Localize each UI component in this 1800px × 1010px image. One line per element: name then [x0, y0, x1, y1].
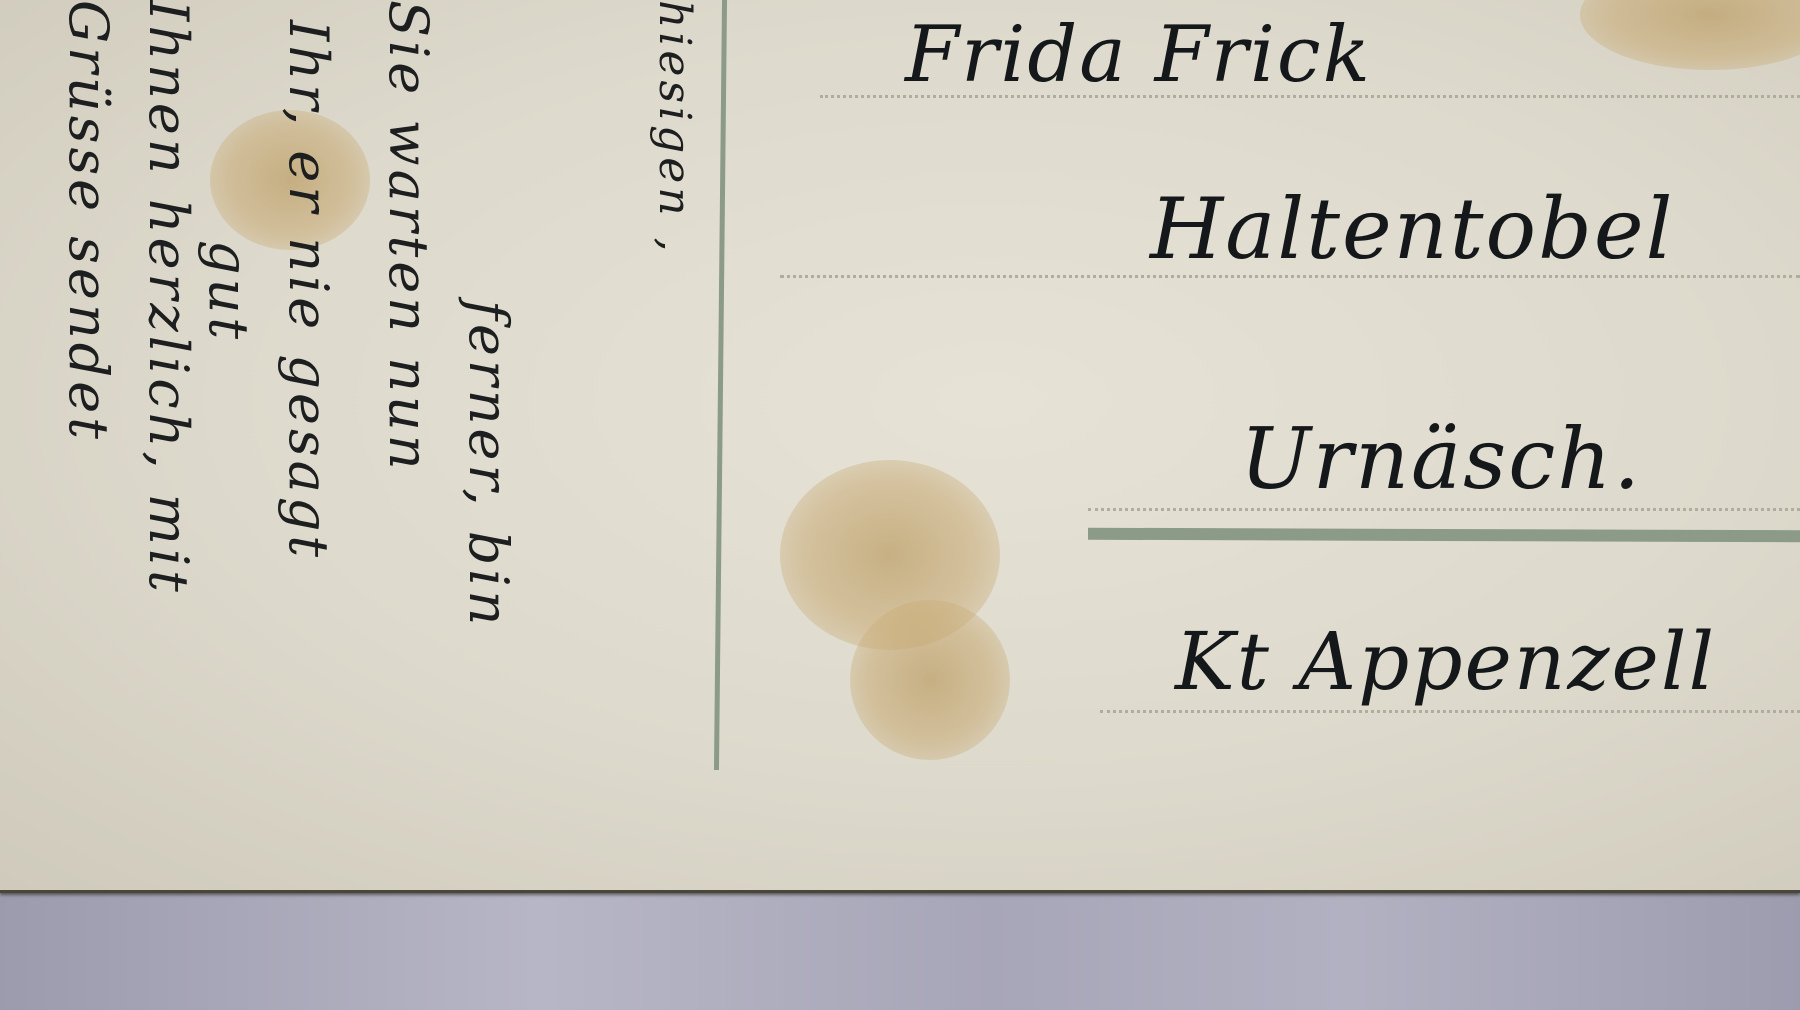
address-town: Urnäsch.: [1240, 410, 1642, 508]
message-line: gut: [197, 240, 260, 343]
address-street: Haltentobel: [1150, 180, 1674, 278]
address-canton: Kt Appenzell: [1175, 615, 1716, 708]
address-rule: [1088, 508, 1800, 511]
message-line: Ihnen herzlich, mit: [137, 0, 200, 596]
message-line: Ihr, er nie gesagt: [277, 20, 340, 561]
message-line: Sie warten nun: [377, 0, 440, 474]
background-surface: [0, 890, 1800, 1010]
printed-divider-vertical: [714, 0, 727, 770]
message-line: ferner, bin: [457, 300, 520, 629]
message-line: hiesigen ,: [649, 0, 700, 256]
stain: [1580, 0, 1800, 70]
message-line: Grüsse sendet: [57, 0, 120, 443]
address-rule: [1100, 710, 1800, 713]
printed-divider-horizontal: [1088, 528, 1800, 543]
postcard: Frida Frick Haltentobel Urnäsch. Kt Appe…: [0, 0, 1800, 893]
address-name: Frida Frick: [905, 10, 1372, 100]
stain: [850, 600, 1010, 760]
